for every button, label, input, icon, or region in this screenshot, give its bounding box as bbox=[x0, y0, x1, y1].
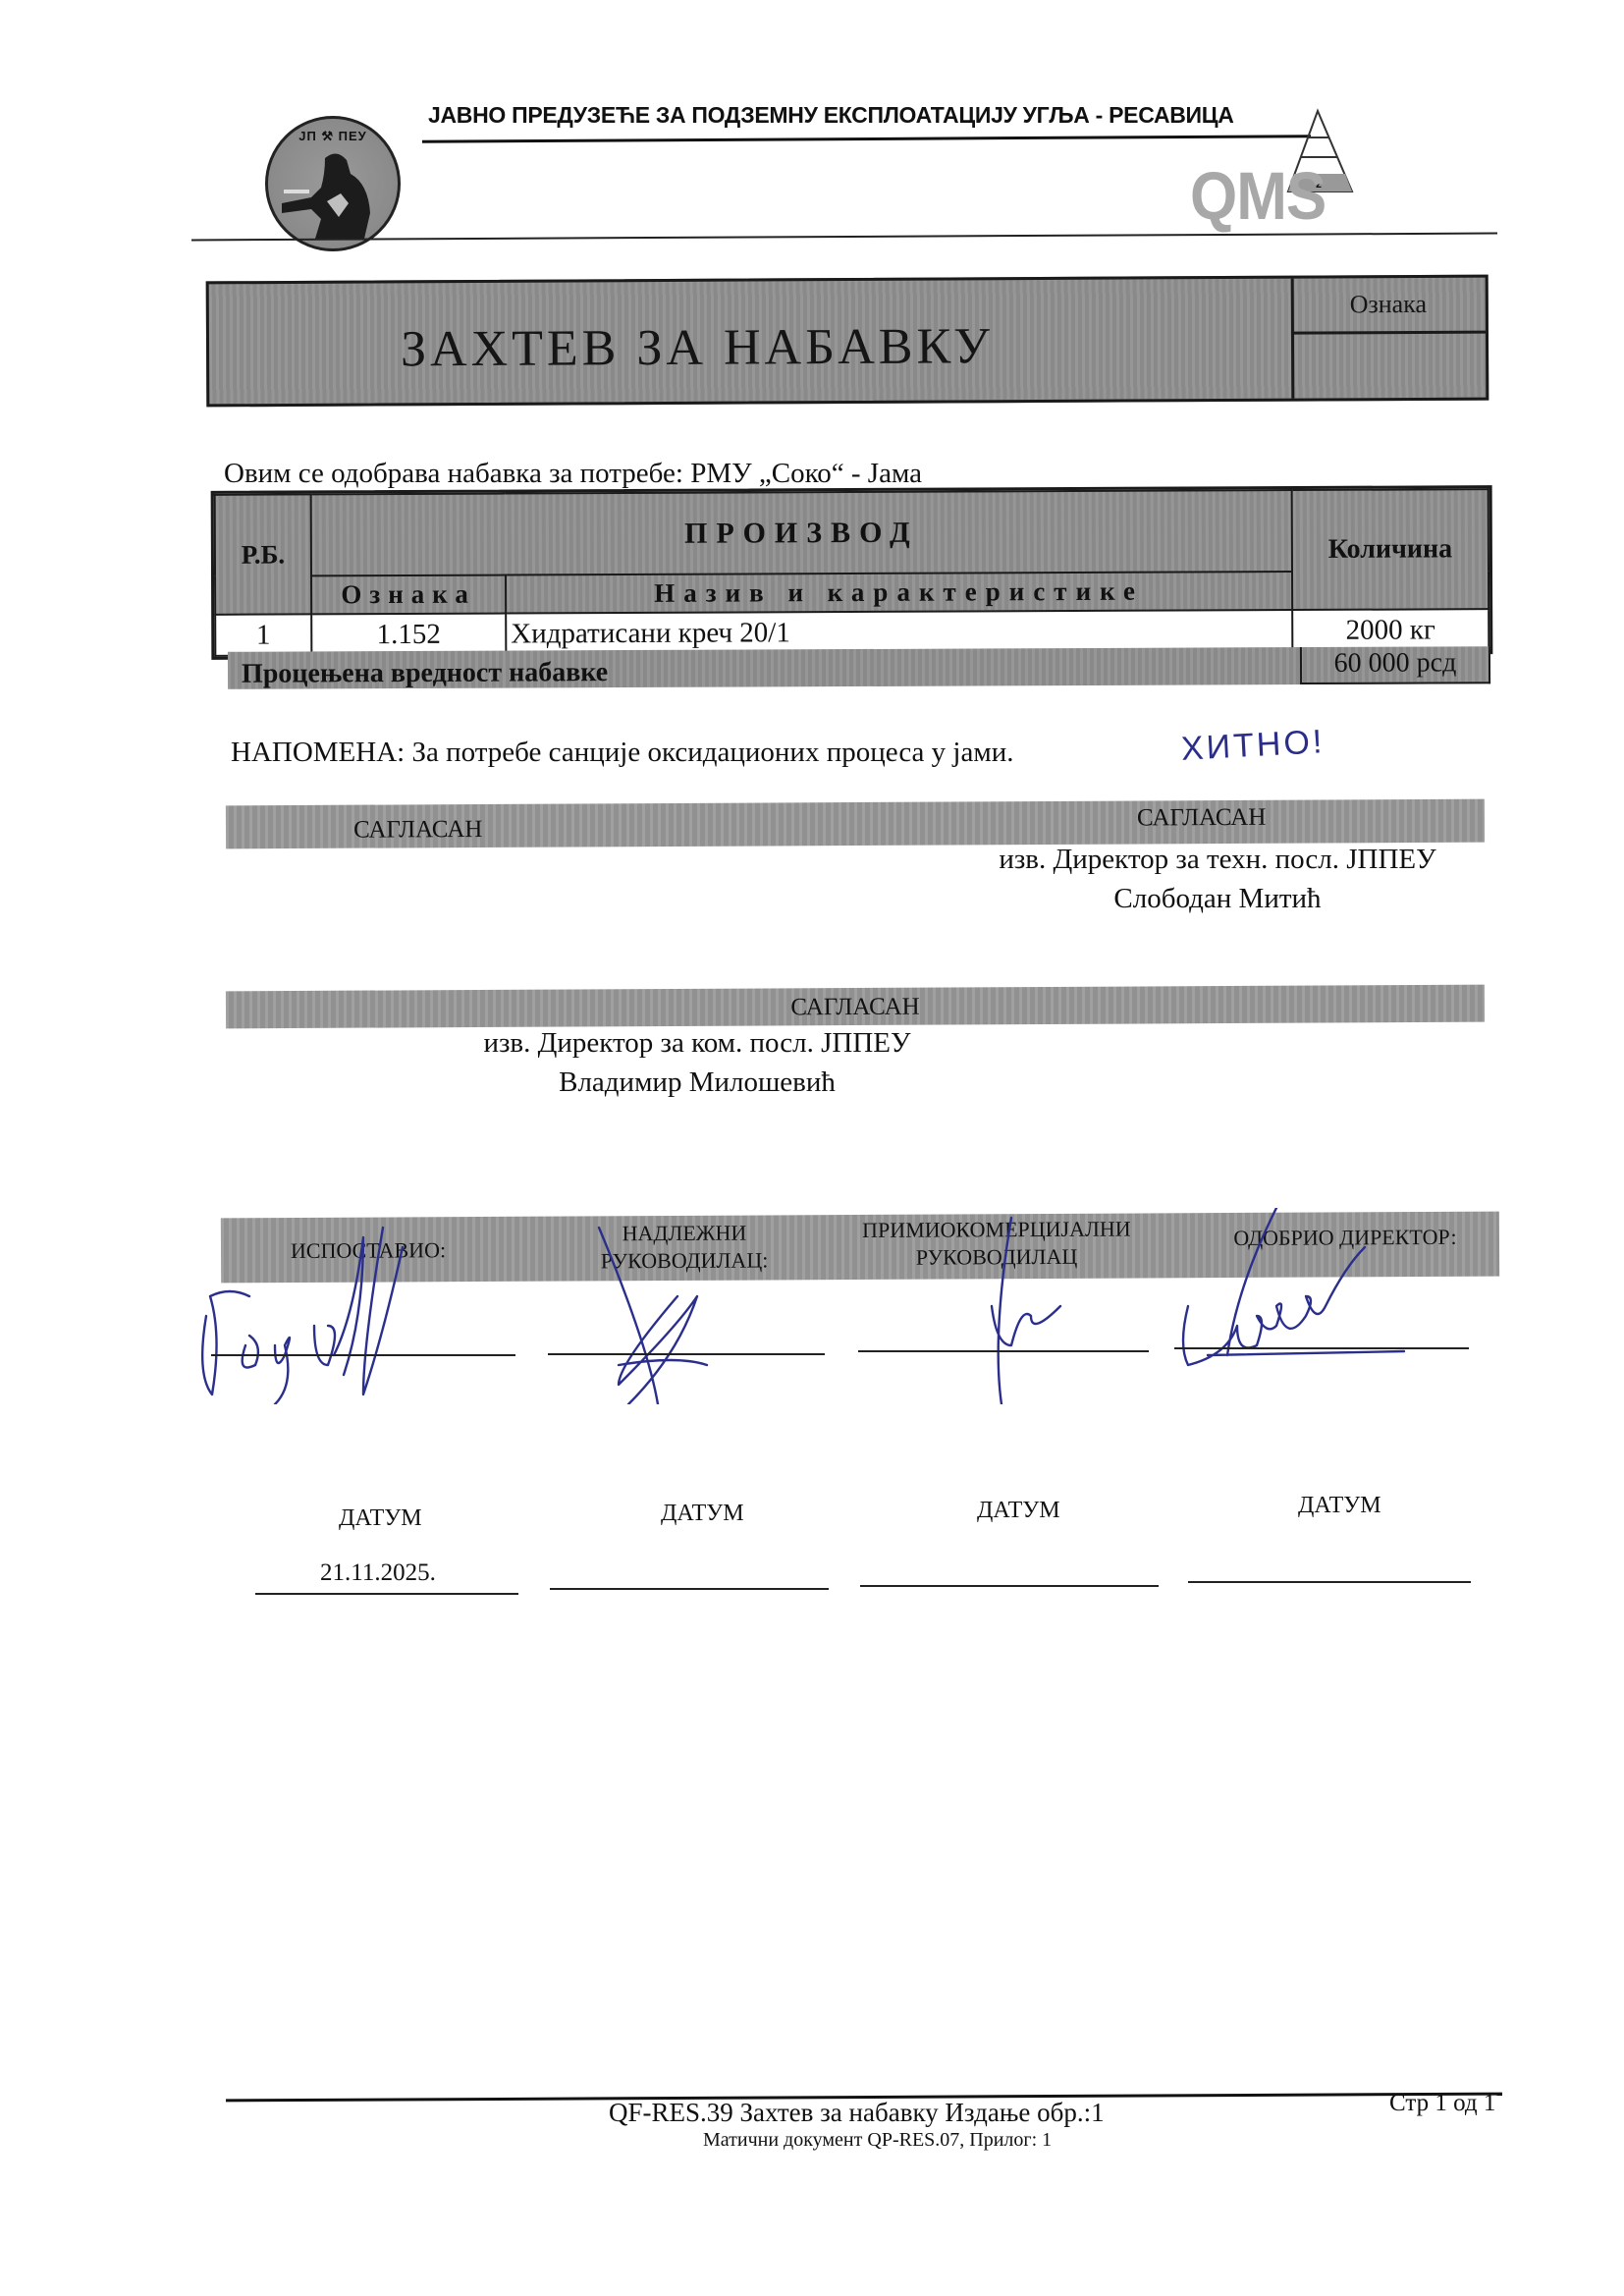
tech-director-block: изв. Директор за техн. посл. ЈППЕУ Слобо… bbox=[962, 840, 1473, 918]
signature-director-icon bbox=[1183, 1208, 1404, 1365]
row-code: 1.152 bbox=[311, 614, 506, 656]
header-rb: Р.Б. bbox=[215, 494, 312, 614]
approval-label-left: САГЛАСАН bbox=[353, 816, 483, 845]
page-number: Стр 1 од 1 bbox=[1389, 2090, 1495, 2117]
handwritten-urgent-note: ХИТНО! bbox=[1180, 723, 1326, 769]
designation-label: Ознака bbox=[1291, 290, 1486, 320]
signature-issued-by-icon bbox=[202, 1228, 403, 1404]
date-issued-by: 21.11.2025. bbox=[320, 1559, 436, 1587]
signature-manager-icon bbox=[599, 1228, 707, 1404]
header-code: Ознака bbox=[311, 575, 506, 615]
com-director-name: Владимир Милошевић bbox=[442, 1063, 952, 1102]
tech-director-name: Слободан Митић bbox=[962, 879, 1473, 918]
approval-bar-2: САГЛАСАН bbox=[226, 985, 1485, 1029]
qms-logo: z QMS bbox=[1190, 103, 1377, 231]
approval-label-right: САГЛАСАН bbox=[1137, 804, 1267, 833]
tech-director-title: изв. Директор за техн. посл. ЈППЕУ bbox=[962, 840, 1473, 879]
estimated-value-label: Процењена вредност набавке bbox=[228, 647, 1300, 689]
designation-cell: Ознака bbox=[1291, 278, 1486, 335]
note: НАПОМЕНА: За потребе санције оксидациони… bbox=[231, 737, 1013, 769]
signature-line-commercial bbox=[858, 1350, 1149, 1352]
designation-value bbox=[1291, 331, 1486, 399]
approval-intro: Овим се одобрава набавка за потребе: РМУ… bbox=[224, 458, 922, 490]
date-label-commercial: ДАТУМ bbox=[977, 1498, 1060, 1524]
product-table: Р.Б. ПРОИЗВОД Количина Ознака Назив и ка… bbox=[211, 485, 1493, 660]
signature-line-issued-by bbox=[211, 1354, 515, 1356]
approval-label-center: САГЛАСАН bbox=[226, 991, 1485, 1025]
qms-logo-text: QMS bbox=[1190, 158, 1326, 235]
signature-commercial-icon bbox=[992, 1218, 1060, 1404]
header-quantity: Количина bbox=[1292, 489, 1489, 610]
date-label-manager: ДАТУМ bbox=[661, 1501, 744, 1527]
date-line-issued-by bbox=[255, 1593, 518, 1595]
estimated-value-row: Процењена вредност набавке 60 000 рсд bbox=[228, 646, 1490, 689]
header-product: ПРОИЗВОД bbox=[311, 490, 1292, 576]
footer-form-code: QF-RES.39 Захтев за набавку Издање обр.:… bbox=[609, 2098, 1105, 2128]
company-name: ЈАВНО ПРЕДУЗЕЋЕ ЗА ПОДЗЕМНУ ЕКСПЛОАТАЦИЈ… bbox=[428, 102, 1234, 129]
date-label-issued-by: ДАТУМ bbox=[339, 1505, 422, 1532]
estimated-value: 60 000 рсд bbox=[1300, 646, 1490, 684]
date-line-commercial bbox=[860, 1585, 1159, 1587]
document-title-box: ЗАХТЕВ ЗА НАБАВКУ Ознака bbox=[206, 275, 1489, 408]
signature-line-director bbox=[1174, 1347, 1469, 1349]
title-cell: ЗАХТЕВ ЗА НАБАВКУ bbox=[209, 279, 1295, 405]
handwritten-signatures bbox=[187, 1208, 1502, 1404]
row-quantity: 2000 кг bbox=[1292, 609, 1489, 651]
company-name-underline bbox=[422, 135, 1311, 143]
footer-parent-document: Матични документ QP-RES.07, Прилог: 1 bbox=[703, 2129, 1052, 2152]
date-label-director: ДАТУМ bbox=[1298, 1493, 1381, 1519]
date-line-manager bbox=[550, 1588, 829, 1590]
document-title: ЗАХТЕВ ЗА НАБАВКУ bbox=[401, 317, 994, 378]
com-director-block: изв. Директор за ком. посл. ЈППЕУ Владим… bbox=[442, 1023, 952, 1102]
logo-initials: ЈП ⚒ ПЕУ bbox=[268, 129, 398, 144]
company-logo: ЈП ⚒ ПЕУ bbox=[265, 116, 401, 251]
signature-line-manager bbox=[548, 1353, 825, 1355]
com-director-title: изв. Директор за ком. посл. ЈППЕУ bbox=[442, 1023, 952, 1063]
date-line-director bbox=[1188, 1581, 1471, 1583]
row-rb: 1 bbox=[215, 614, 311, 655]
header-name: Назив и карактеристике bbox=[506, 572, 1292, 613]
